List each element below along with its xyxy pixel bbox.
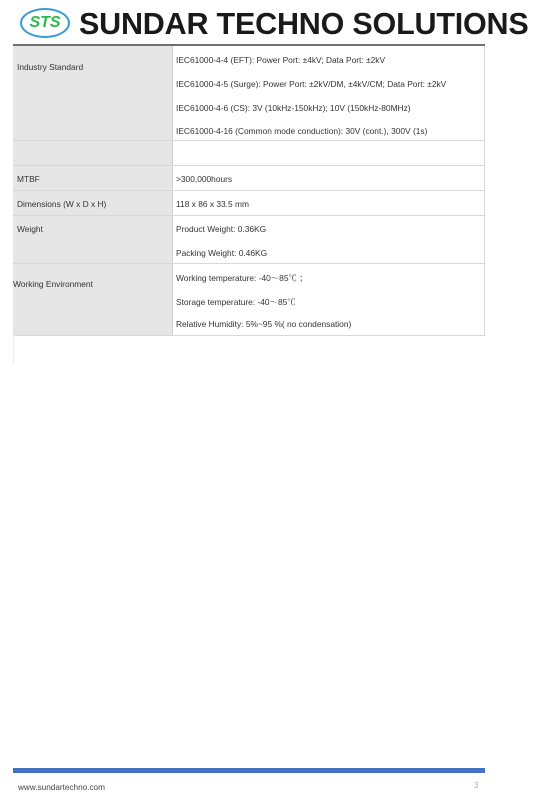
value-cell: 118 x 86 x 33.5 mm [173,191,485,215]
label-cell: Weight [13,216,173,263]
table-row-industry-standard: Industry Standard IEC61000-4-4 (EFT): Po… [13,46,485,141]
table-row-dimensions: Dimensions (W x D x H) 118 x 86 x 33.5 m… [13,191,485,216]
value-line: Relative Humidity: 5%~95 %( no condensat… [176,319,351,329]
page-header: STS SUNDAR TECHNO SOLUTIONS [0,0,555,44]
row-label: Industry Standard [17,62,83,72]
row-label: Weight [17,224,43,234]
footer-website-url: www.sundartechno.com [18,783,105,792]
label-cell: Dimensions (W x D x H) [13,191,173,215]
value-line: IEC61000-4-16 (Common mode conduction): … [176,126,427,136]
table-row-blank [13,141,485,166]
value-line: >300,000hours [176,174,232,184]
value-cell [173,141,485,165]
company-name: SUNDAR TECHNO SOLUTIONS [79,4,529,44]
value-line: IEC61000-4-4 (EFT): Power Port: ±4kV; Da… [176,55,385,65]
sts-logo: STS [20,8,70,38]
value-line: Working temperature: -40～85℃ ； [176,272,308,284]
table-row-weight: Weight Product Weight: 0.36KG Packing We… [13,216,485,264]
value-line: Storage temperature: -40～85℃ [176,296,296,308]
value-line: Product Weight: 0.36KG [176,224,266,234]
row-label: MTBF [17,174,40,184]
label-cell [13,141,173,165]
value-cell: IEC61000-4-4 (EFT): Power Port: ±4kV; Da… [173,46,485,140]
label-cell: MTBF [13,166,173,190]
logo-text: STS [29,15,60,31]
value-line: 118 x 86 x 33.5 mm [176,199,249,209]
row-label: Dimensions (W x D x H) [17,199,106,209]
table-row-mtbf: MTBF >300,000hours [13,166,485,191]
value-line: Packing Weight: 0.46KG [176,248,267,258]
row-label: Working Environment [13,279,93,289]
label-cell: Industry Standard [13,46,173,140]
value-cell: >300,000hours [173,166,485,190]
value-cell: Product Weight: 0.36KG Packing Weight: 0… [173,216,485,263]
table-row-working-environment: Working Environment Working temperature:… [13,264,485,336]
table-border-extension [13,334,14,364]
spec-table: Industry Standard IEC61000-4-4 (EFT): Po… [13,44,485,336]
label-cell: Working Environment [13,264,173,335]
footer-divider-bar [13,768,485,773]
value-line: IEC61000-4-6 (CS): 3V (10kHz-150kHz); 10… [176,103,411,113]
value-cell: Working temperature: -40～85℃ ； Storage t… [173,264,485,335]
value-line: IEC61000-4-5 (Surge): Power Port: ±2kV/D… [176,79,446,89]
page-number: 3 [474,781,478,790]
